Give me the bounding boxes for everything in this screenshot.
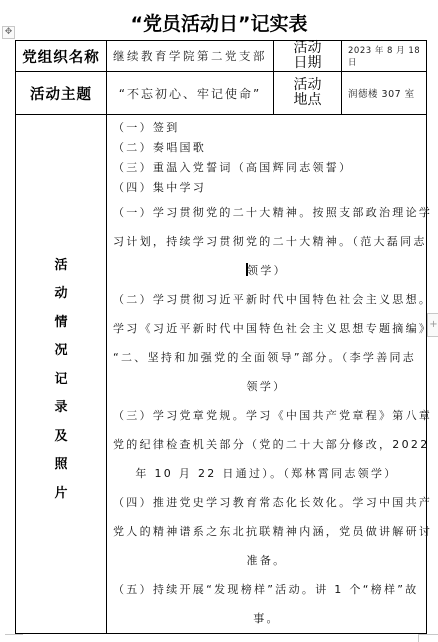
study-line: 年 10 月 22 日通过）。（郑林霄同志领学） (113, 459, 420, 488)
activity-place-label: 活动 地点 (274, 72, 342, 115)
record-label-char: 况 (16, 337, 106, 366)
activity-theme-value[interactable]: “不忘初心、牢记使命” (107, 72, 274, 115)
record-label-char: 动 (16, 280, 106, 309)
activity-place-value[interactable]: 润德楼 307 室 (342, 72, 427, 115)
study-line: 领学） (113, 372, 420, 401)
study-line: 领学） (247, 264, 287, 277)
study-line-wrapper: 领学） (113, 256, 420, 285)
document-title: “党员活动日”记实表 (0, 9, 438, 36)
activity-date-label: 活动 日期 (274, 41, 342, 72)
table-row-theme: 活动主题 “不忘初心、牢记使命” 活动 地点 润德楼 307 室 (16, 72, 427, 115)
study-line: “二、坚持和加强党的全面领导”部分。（李学善同志 (113, 343, 420, 372)
study-item-4: （四）推进党史学习教育常态化长效化。学习中国共产 党人的精神谱系之东北抗联精神内… (113, 488, 420, 575)
record-label-char: 录 (16, 394, 106, 423)
study-line: 党人的精神谱系之东北抗联精神内涵，党员做讲解研讨 (113, 517, 420, 546)
activity-place-label-line1: 活动 (274, 78, 341, 93)
study-item-3: （三）学习党章党规。学习《中国共产党章程》第八章 党的纪律检查机关部分（党的二十… (113, 401, 420, 488)
study-line: （五）持续开展“发现榜样”活动。讲 1 个“榜样”故 (113, 575, 420, 604)
study-line: （四）推进党史学习教育常态化长效化。学习中国共产 (113, 488, 420, 517)
study-line: 事。 (113, 604, 420, 633)
activity-record-table: 党组织名称 继续教育学院第二党支部 活动 日期 2023 年 8 月 18 日 … (15, 40, 427, 634)
activity-place-label-line2: 地点 (274, 93, 341, 108)
add-row-button[interactable]: + (427, 313, 438, 337)
activity-date-value[interactable]: 2023 年 8 月 18 日 (342, 41, 427, 72)
study-item-1: （一）学习贯彻党的二十大精神。按照支部政治理论学 习计划，持续学习贯彻党的二十大… (113, 198, 420, 285)
activity-theme-label: 活动主题 (16, 72, 107, 115)
activity-date-label-line1: 活动 (274, 41, 341, 56)
record-label-char: 片 (16, 480, 106, 509)
record-label-char: 情 (16, 309, 106, 338)
table-move-handle-icon[interactable]: ✥ (2, 26, 15, 39)
agenda-item: （二）奏唱国歌 (113, 138, 420, 158)
record-label-char: 活 (16, 252, 106, 281)
table-row-org: 党组织名称 继续教育学院第二党支部 活动 日期 2023 年 8 月 18 日 (16, 41, 427, 72)
table-row-record: 活 动 情 况 记 录 及 照 片 （一）签到 （二）奏唱国歌 （三）重温入党誓… (16, 115, 427, 634)
record-label: 活 动 情 况 记 录 及 照 片 (16, 115, 107, 634)
study-line: （三）学习党章党规。学习《中国共产党章程》第八章 (113, 401, 420, 430)
org-name-label: 党组织名称 (16, 41, 107, 72)
study-line: （二）学习贯彻习近平新时代中国特色社会主义思想。 (113, 285, 420, 314)
page-corner-marker (5, 634, 23, 642)
study-item-2: （二）学习贯彻习近平新时代中国特色社会主义思想。 学习《习近平新时代中国特色社会… (113, 285, 420, 401)
study-line: （一）学习贯彻党的二十大精神。按照支部政治理论学 (113, 198, 420, 227)
record-label-char: 及 (16, 423, 106, 452)
record-label-char: 记 (16, 366, 106, 395)
agenda-item: （三）重温入党誓词（高国辉同志领誓） (113, 158, 420, 178)
record-label-char: 照 (16, 451, 106, 480)
study-line: 党的纪律检查机关部分（党的二十大部分修改，2022 (113, 430, 420, 459)
record-content[interactable]: （一）签到 （二）奏唱国歌 （三）重温入党誓词（高国辉同志领誓） （四）集中学习… (107, 115, 427, 634)
study-line: 习计划，持续学习贯彻党的二十大精神。（范大磊同志 (113, 227, 420, 256)
study-line: 准备。 (113, 546, 420, 575)
activity-date-label-line2: 日期 (274, 56, 341, 71)
agenda-item: （四）集中学习 (113, 178, 420, 198)
page-corner-marker (418, 634, 438, 642)
study-item-5: （五）持续开展“发现榜样”活动。讲 1 个“榜样”故 事。 (113, 575, 420, 633)
org-name-value[interactable]: 继续教育学院第二党支部 (107, 41, 274, 72)
study-line: 学习《习近平新时代中国特色社会主义思想专题摘编》 (113, 314, 420, 343)
agenda-item: （一）签到 (113, 118, 420, 138)
